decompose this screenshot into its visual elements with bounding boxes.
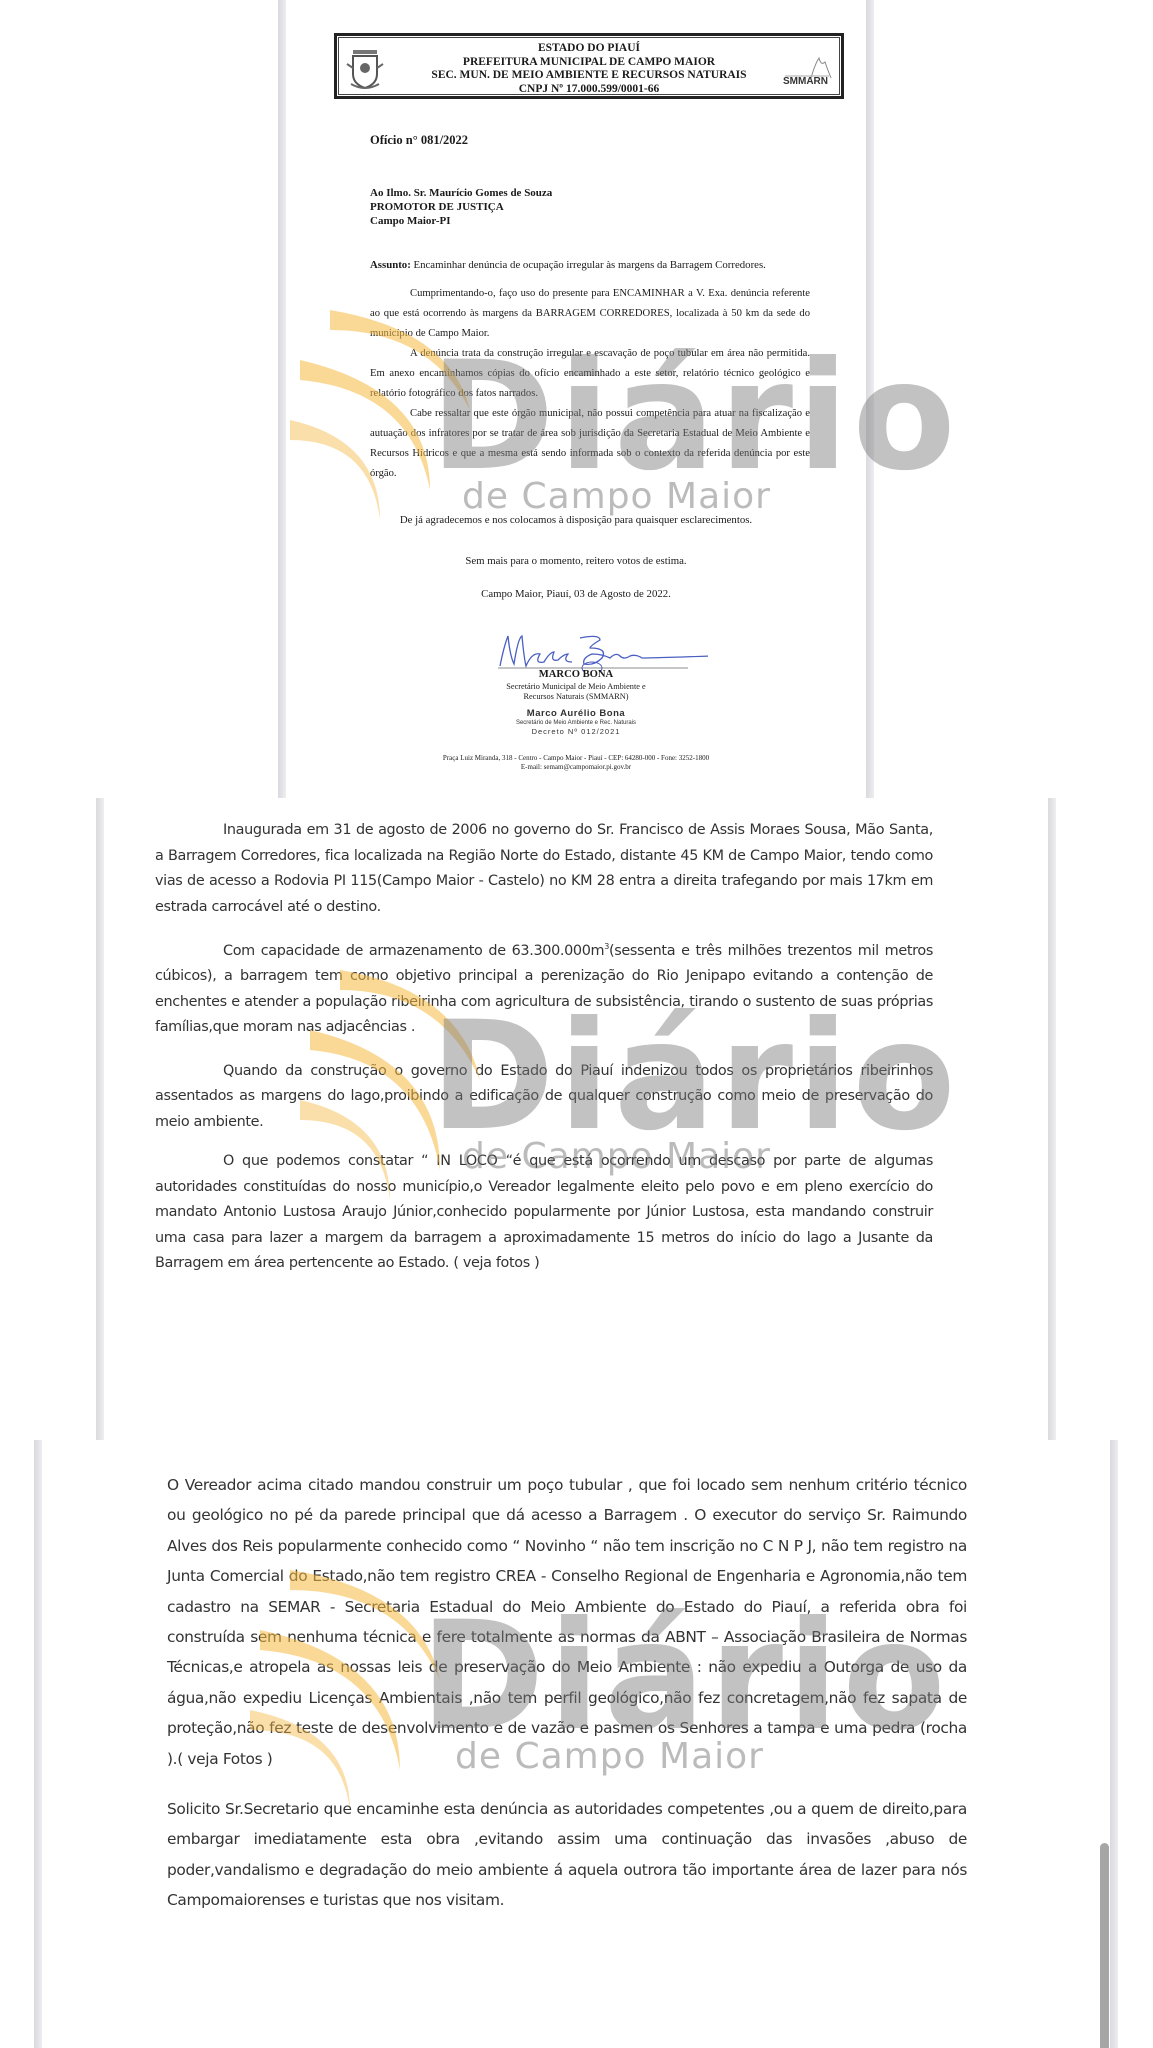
subject-line: Assunto: Encaminhar denúncia de ocupação… (370, 259, 766, 271)
official-stamp: Marco Aurélio Bona Secretário de Meio Am… (278, 708, 874, 736)
closing-line: Sem mais para o momento, reitero votos d… (278, 555, 874, 567)
addressee-line: Ao Ilmo. Sr. Maurício Gomes de Souza (370, 186, 552, 200)
subject-text: Encaminhar denúncia de ocupação irregula… (411, 259, 766, 271)
body-paragraph: Inaugurada em 31 de agosto de 2006 no go… (155, 818, 933, 920)
page-edge (1048, 798, 1056, 1440)
body-paragraph: A denúncia trata da construção irregular… (370, 344, 810, 404)
letterhead: ESTADO DO PIAUÍ PREFEITURA MUNICIPAL DE … (334, 33, 844, 99)
body-paragraph: Com capacidade de armazenamento de 63.30… (155, 934, 933, 1041)
letterhead-line: CNPJ Nº 17.000.599/0001-66 (337, 83, 841, 97)
letterhead-line: SEC. MUN. DE MEIO AMBIENTE E RECURSOS NA… (337, 69, 841, 83)
smmarn-logo-icon: SMMARN (781, 50, 833, 90)
body-paragraph: Cumprimentando-o, faço uso do presente p… (370, 284, 810, 344)
signer-name: MARCO BONA (278, 669, 874, 680)
letter-body: Cumprimentando-o, faço uso do presente p… (370, 284, 810, 484)
scrollbar-thumb[interactable] (1100, 1843, 1109, 2048)
subject-label: Assunto: (370, 259, 411, 271)
page-edge (34, 1440, 42, 2048)
body-paragraph: Solicito Sr.Secretario que encaminhe est… (167, 1794, 967, 1916)
letterhead-line: ESTADO DO PIAUÍ (337, 42, 841, 56)
municipal-crest-icon (345, 44, 385, 92)
place-date: Campo Maior, Piauí, 03 de Agosto de 2022… (278, 588, 874, 600)
signer-title: Secretário Municipal de Meio Ambiente e … (278, 682, 874, 702)
addressee-line: Campo Maior-PI (370, 214, 552, 228)
report-body-3: O Vereador acima citado mandou construir… (167, 1470, 967, 1916)
oficio-number: Ofício n° 081/2022 (370, 133, 468, 148)
page-edge (1110, 1440, 1118, 2048)
body-paragraph: Quando da construção o governo do Estado… (155, 1059, 933, 1136)
body-paragraph: Cabe ressaltar que este órgão municipal,… (370, 404, 810, 484)
addressee-block: Ao Ilmo. Sr. Maurício Gomes de Souza PRO… (370, 186, 552, 228)
page-edge (96, 798, 104, 1440)
official-letter-page: ESTADO DO PIAUÍ PREFEITURA MUNICIPAL DE … (278, 0, 874, 798)
thanks-line: De já agradecemos e nos colocamos à disp… (278, 514, 874, 526)
body-paragraph: O que podemos constatar “ IN LOCO “é que… (155, 1149, 933, 1277)
report-body-2: Inaugurada em 31 de agosto de 2006 no go… (155, 818, 933, 1277)
signature-icon (488, 628, 708, 672)
letter-footer: Praça Luiz Miranda, 318 - Centro - Campo… (278, 754, 874, 772)
addressee-line: PROMOTOR DE JUSTIÇA (370, 200, 552, 214)
body-paragraph: O Vereador acima citado mandou construir… (167, 1470, 967, 1774)
letterhead-line: PREFEITURA MUNICIPAL DE CAMPO MAIOR (337, 56, 841, 70)
